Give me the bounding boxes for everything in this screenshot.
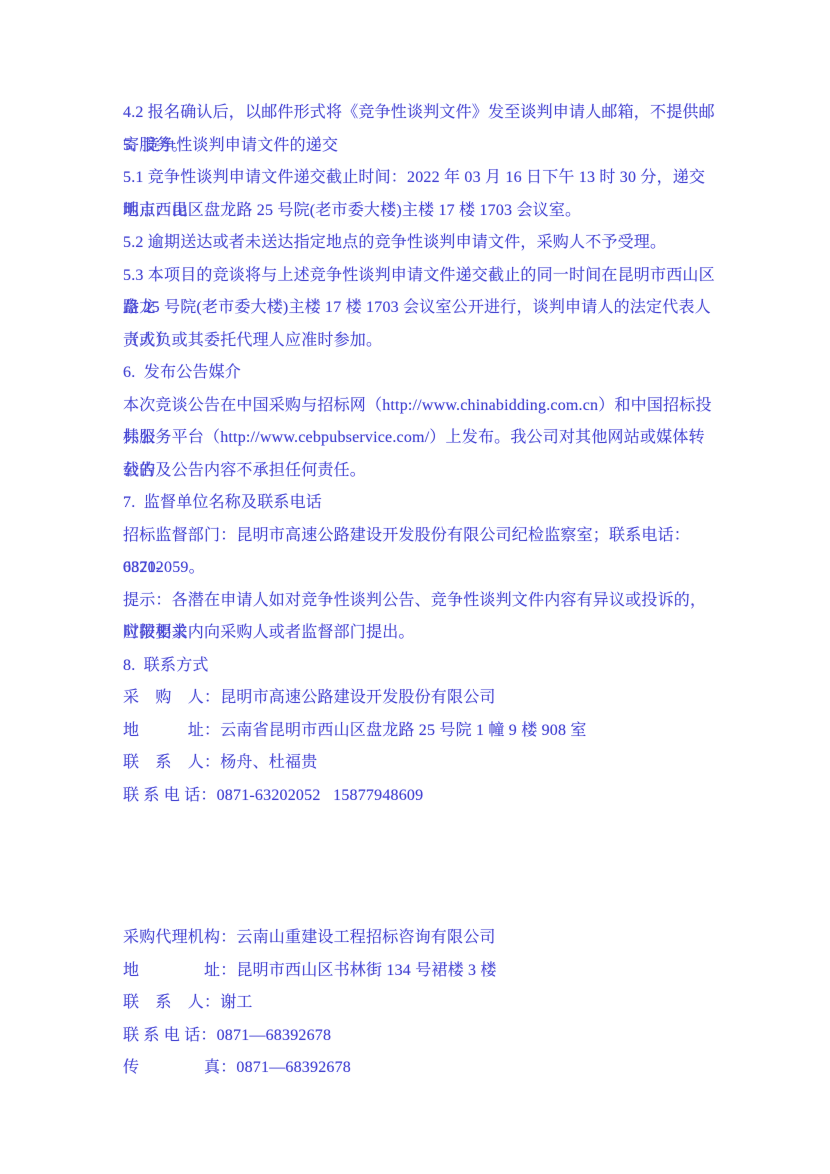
agency-address-line: 地 址：昆明市西山区书林街 134 号裙楼 3 楼 (123, 955, 719, 988)
clause-5-1-line-1: 5.1 竞争性谈判申请文件递交截止时间：2022 年 03 月 16 日下午 1… (123, 162, 719, 195)
purchaser-address-line: 地 址：云南省昆明市西山区盘龙路 25 号院 1 幢 9 楼 908 室 (123, 715, 719, 748)
section-7-heading: 7. 监督单位名称及联系电话 (123, 487, 719, 520)
clause-5-1-line-2: 明市西山区盘龙路 25 号院(老市委大楼)主楼 17 楼 1703 会议室。 (123, 195, 719, 228)
purchaser-phone-line: 联 系 电 话：0871-63202052 15877948609 (123, 780, 719, 813)
agency-phone-line: 联 系 电 话：0871—68392678 (123, 1020, 719, 1053)
agency-contact-line: 联 系 人：谢工 (123, 987, 719, 1020)
purchaser-name-line: 采 购 人：昆明市高速公路建设开发股份有限公司 (123, 682, 719, 715)
section-8-heading: 8. 联系方式 (123, 650, 719, 683)
media-paragraph-line-2: 共服务平台（http://www.cebpubservice.com/）上发布。… (123, 422, 719, 455)
supervision-dept-line-2: 63202059。 (123, 552, 719, 585)
clause-5-3-line-3: 责人）或其委托代理人应准时参加。 (123, 325, 719, 358)
clause-5-3-line-2: 路 25 号院(老市委大楼)主楼 17 楼 1703 会议室公开进行，谈判申请人… (123, 292, 719, 325)
notice-tip-line-2: 时限要求内向采购人或者监督部门提出。 (123, 617, 719, 650)
supervision-dept-line-1: 招标监督部门：昆明市高速公路建设开发股份有限公司纪检监察室；联系电话：0871- (123, 520, 719, 553)
document-page: { "page": { "background": "#ffffff", "te… (0, 0, 830, 1174)
purchaser-contact-line: 联 系 人：杨舟、杜福贵 (123, 747, 719, 780)
section-6-heading: 6. 发布公告媒介 (123, 357, 719, 390)
clause-5-3-line-1: 5.3 本项目的竞谈将与上述竞争性谈判申请文件递交截止的同一时间在昆明市西山区盘… (123, 260, 719, 293)
agency-name-line: 采购代理机构：云南山重建设工程招标咨询有限公司 (123, 922, 719, 955)
media-paragraph-line-1: 本次竞谈公告在中国采购与招标网（http://www.chinabidding.… (123, 390, 719, 423)
agency-fax-line: 传 真：0871—68392678 (123, 1052, 719, 1085)
notice-body: 4.2 报名确认后，以邮件形式将《竞争性谈判文件》发至谈判申请人邮箱，不提供邮寄… (123, 97, 719, 1085)
notice-tip-line-1: 提示：各潜在申请人如对竞争性谈判公告、竞争性谈判文件内容有异议或投诉的，应按相关 (123, 585, 719, 618)
section-5-heading: 5. 竞争性谈判申请文件的递交 (123, 130, 719, 163)
clause-4-2-line: 4.2 报名确认后，以邮件形式将《竞争性谈判文件》发至谈判申请人邮箱，不提供邮寄… (123, 97, 719, 130)
clause-5-2-line: 5.2 逾期送达或者未送达指定地点的竞争性谈判申请文件，采购人不予受理。 (123, 227, 719, 260)
media-paragraph-line-3: 公告及公告内容不承担任何责任。 (123, 455, 719, 488)
